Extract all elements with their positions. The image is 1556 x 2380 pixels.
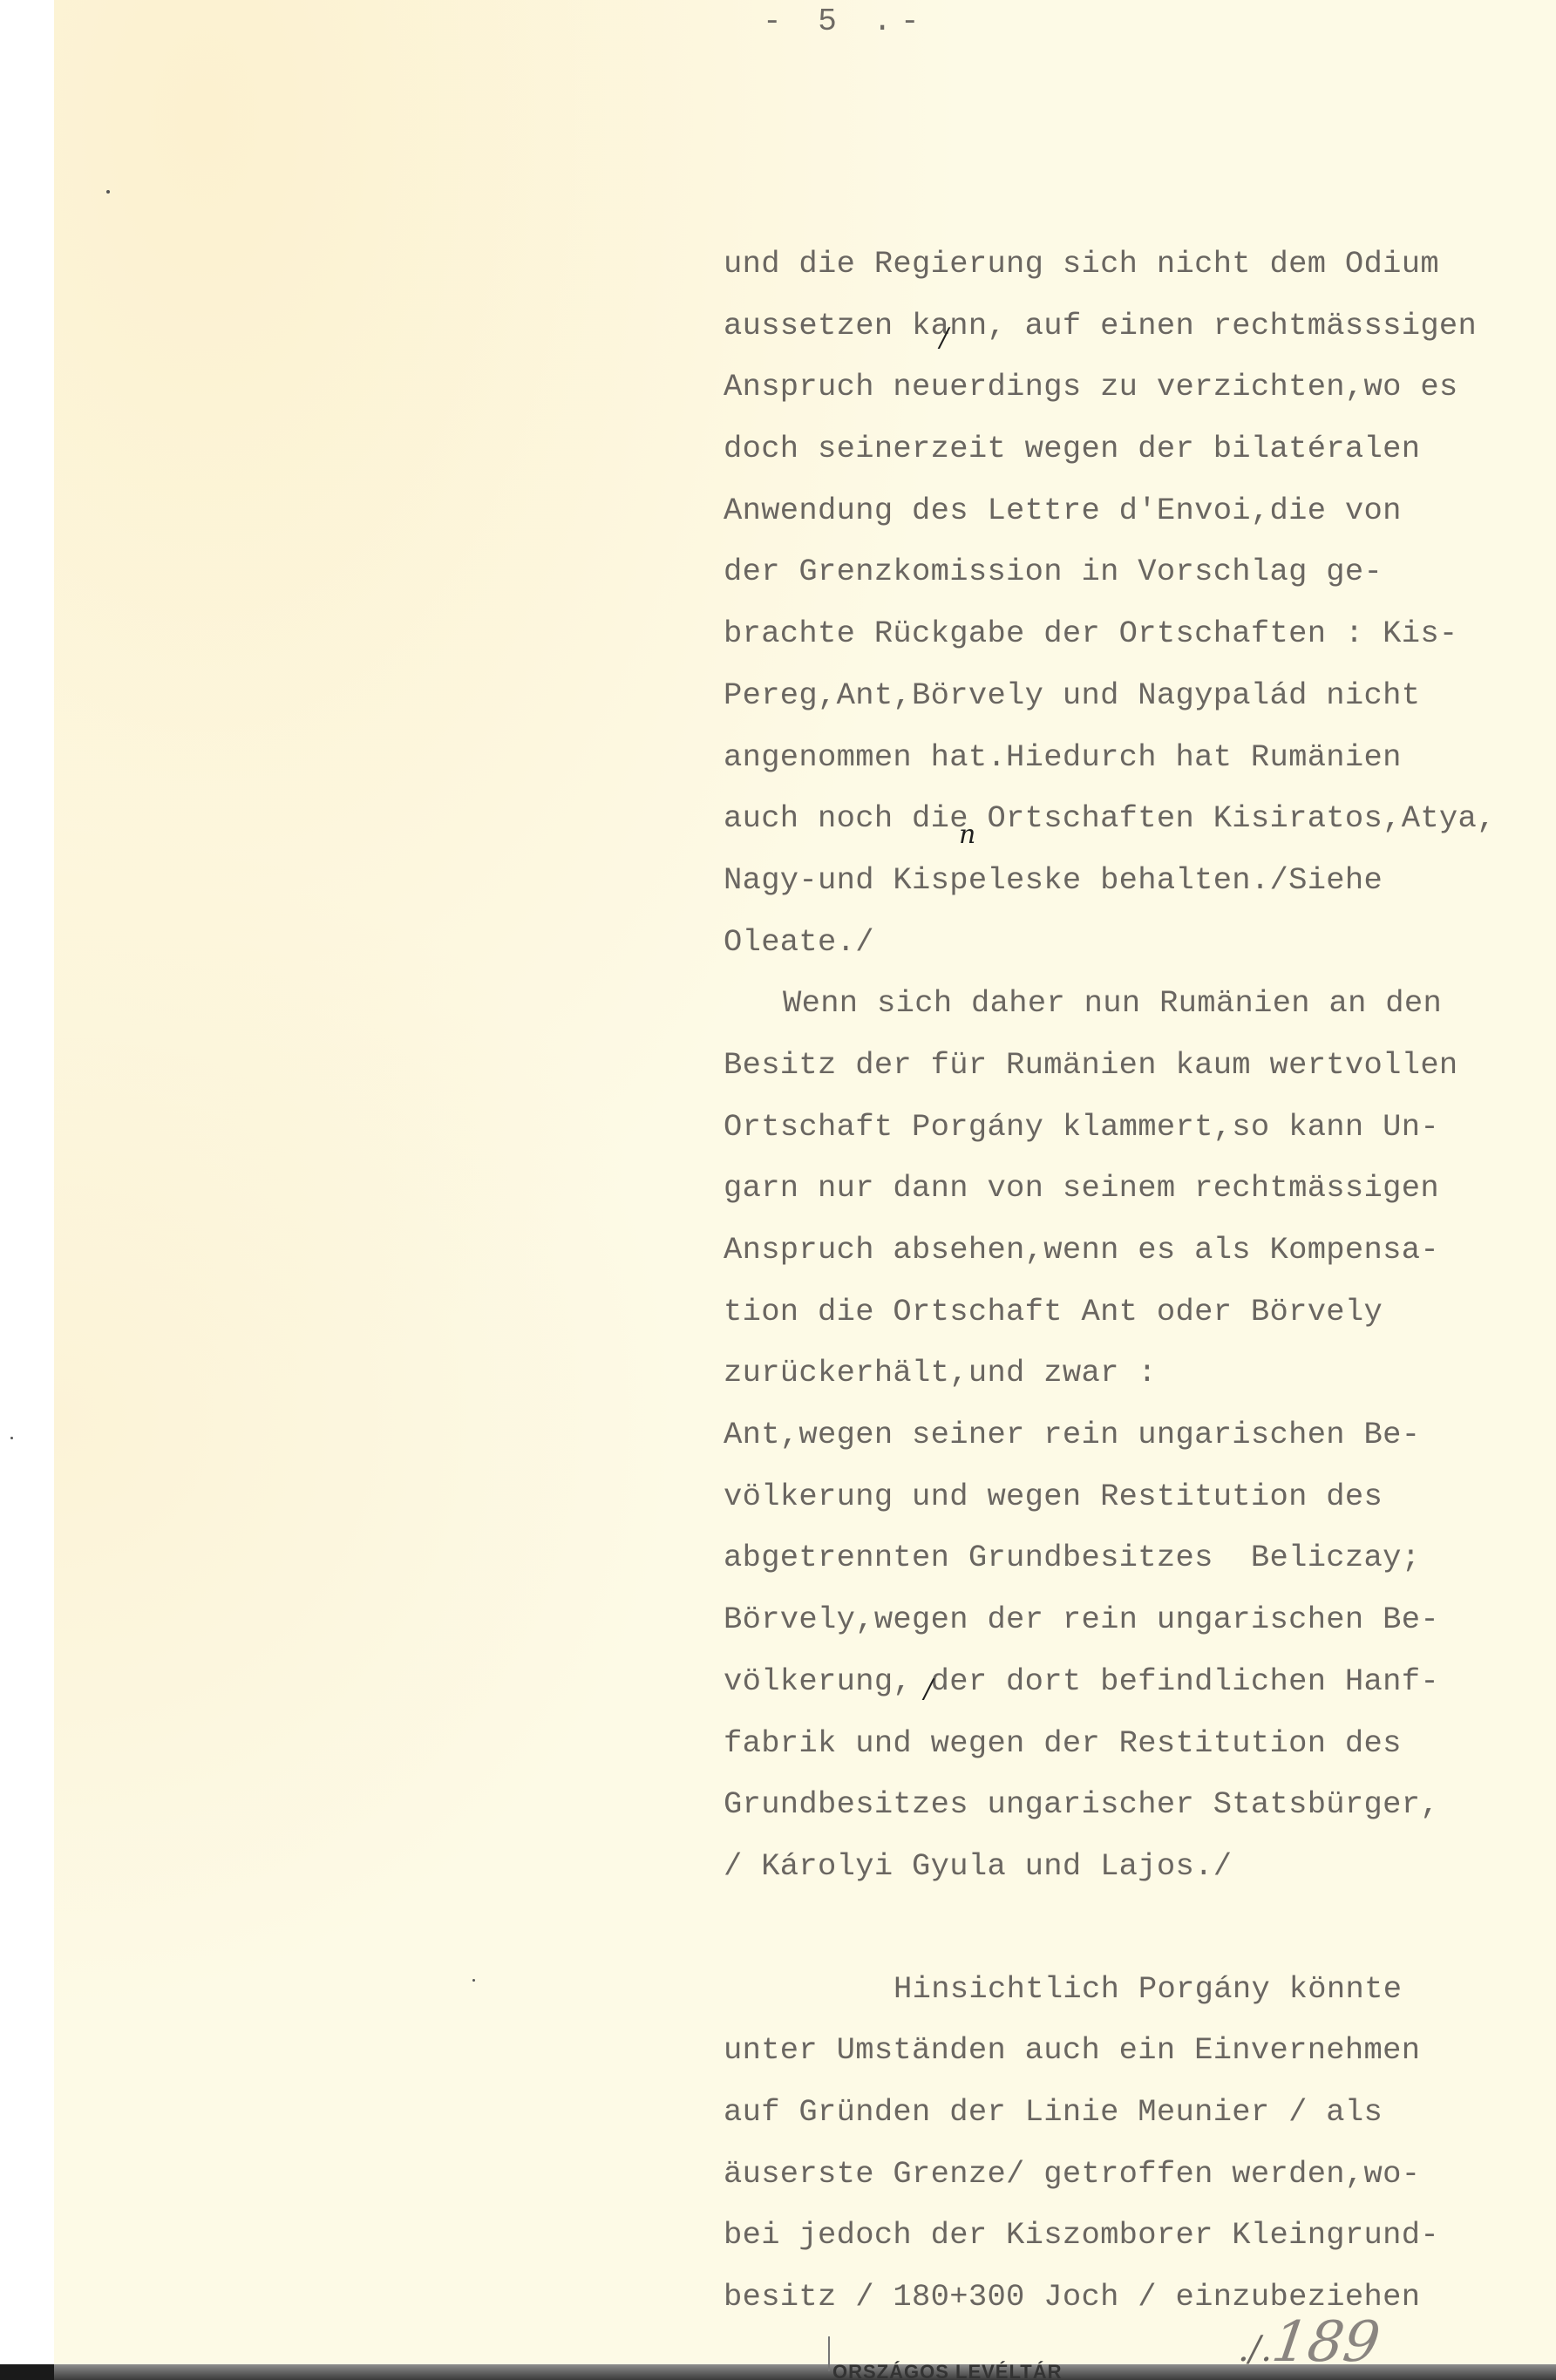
text-line: fabrik und wegen der Restitution des xyxy=(724,1713,1552,1775)
typed-body-text: und die Regierung sich nicht dem Odium a… xyxy=(724,234,1552,2329)
text-line: Grundbesitzes ungarischer Statsbürger, xyxy=(724,1774,1552,1836)
text-line: aussetzen kann, auf einen rechtmässsigen xyxy=(724,296,1552,357)
text-line: Nagy-und Kispeleske behalten./Siehe xyxy=(724,850,1552,912)
text-line: völkerung und wegen Restitution des xyxy=(724,1466,1552,1528)
page-number: - 5 .- xyxy=(763,3,928,39)
text-line: abgetrennten Grundbesitzes Beliczay; xyxy=(724,1527,1552,1589)
handwritten-comma-mark: / xyxy=(924,1674,933,1704)
text-line: Pereg,Ant,Börvely und Nagypalád nicht xyxy=(724,665,1552,727)
text-line: Anwendung des Lettre d'Envoi,die von xyxy=(724,480,1552,542)
archive-stamp-border xyxy=(828,2336,830,2371)
paper-speck xyxy=(106,190,110,194)
handwritten-n-correction: n xyxy=(959,819,975,850)
text-line: Anspruch absehen,wenn es als Kompensa- xyxy=(724,1220,1552,1282)
text-line: und die Regierung sich nicht dem Odium xyxy=(724,234,1552,296)
archive-stamp: ORSZÁGOS LEVÉLTÁR xyxy=(832,2361,1063,2380)
text-line: Ant,wegen seiner rein ungarischen Be- xyxy=(724,1404,1552,1466)
text-line: äuserste Grenze/ getroffen werden,wo- xyxy=(724,2144,1552,2206)
scan-bottom-edge xyxy=(0,2364,1556,2380)
text-line: Ortschaft Porgány klammert,so kann Un- xyxy=(724,1097,1552,1159)
text-line: Hinsichtlich Porgány könnte xyxy=(724,1959,1552,2021)
text-line: Oleate./ xyxy=(724,912,1552,974)
paragraph-gap xyxy=(724,1898,1552,1959)
text-line: besitz / 180+300 Joch / einzubeziehen xyxy=(724,2267,1552,2329)
text-line: bei jedoch der Kiszomborer Kleingrund- xyxy=(724,2205,1552,2267)
text-line: garn nur dann von seinem rechtmässigen xyxy=(724,1158,1552,1220)
text-line: unter Umständen auch ein Einvernehmen xyxy=(724,2020,1552,2082)
text-line: Besitz der für Rumänien kaum wertvollen xyxy=(724,1035,1552,1097)
text-line: tion die Ortschaft Ant oder Börvely xyxy=(724,1282,1552,1343)
text-line: der Grenzkomission in Vorschlag ge- xyxy=(724,541,1552,603)
text-line: Anspruch neuerdings zu verzichten,wo es xyxy=(724,357,1552,418)
text-line: auf Gründen der Linie Meunier / als xyxy=(724,2082,1552,2144)
text-line: brachte Rückgabe der Ortschaften : Kis- xyxy=(724,603,1552,665)
handwritten-comma-mark: / xyxy=(940,323,948,353)
text-line: Börvely,wegen der rein ungarischen Be- xyxy=(724,1589,1552,1651)
text-line: völkerung, der dort befindlichen Hanf- xyxy=(724,1651,1552,1713)
paper-speck xyxy=(10,1437,13,1439)
text-line: doch seinerzeit wegen der bilatéralen xyxy=(724,418,1552,480)
text-line: angenommen hat.Hiedurch hat Rumänien xyxy=(724,727,1552,789)
text-line: auch noch die Ortschaften Kisiratos,Atya… xyxy=(724,788,1552,850)
text-line: / Károlyi Gyula und Lajos./ xyxy=(724,1836,1552,1898)
text-line: zurückerhält,und zwar : xyxy=(724,1343,1552,1404)
text-line: Wenn sich daher nun Rumänien an den xyxy=(724,973,1552,1035)
paper-speck xyxy=(472,1979,475,1982)
scan-bottom-edge-left xyxy=(0,2364,54,2380)
